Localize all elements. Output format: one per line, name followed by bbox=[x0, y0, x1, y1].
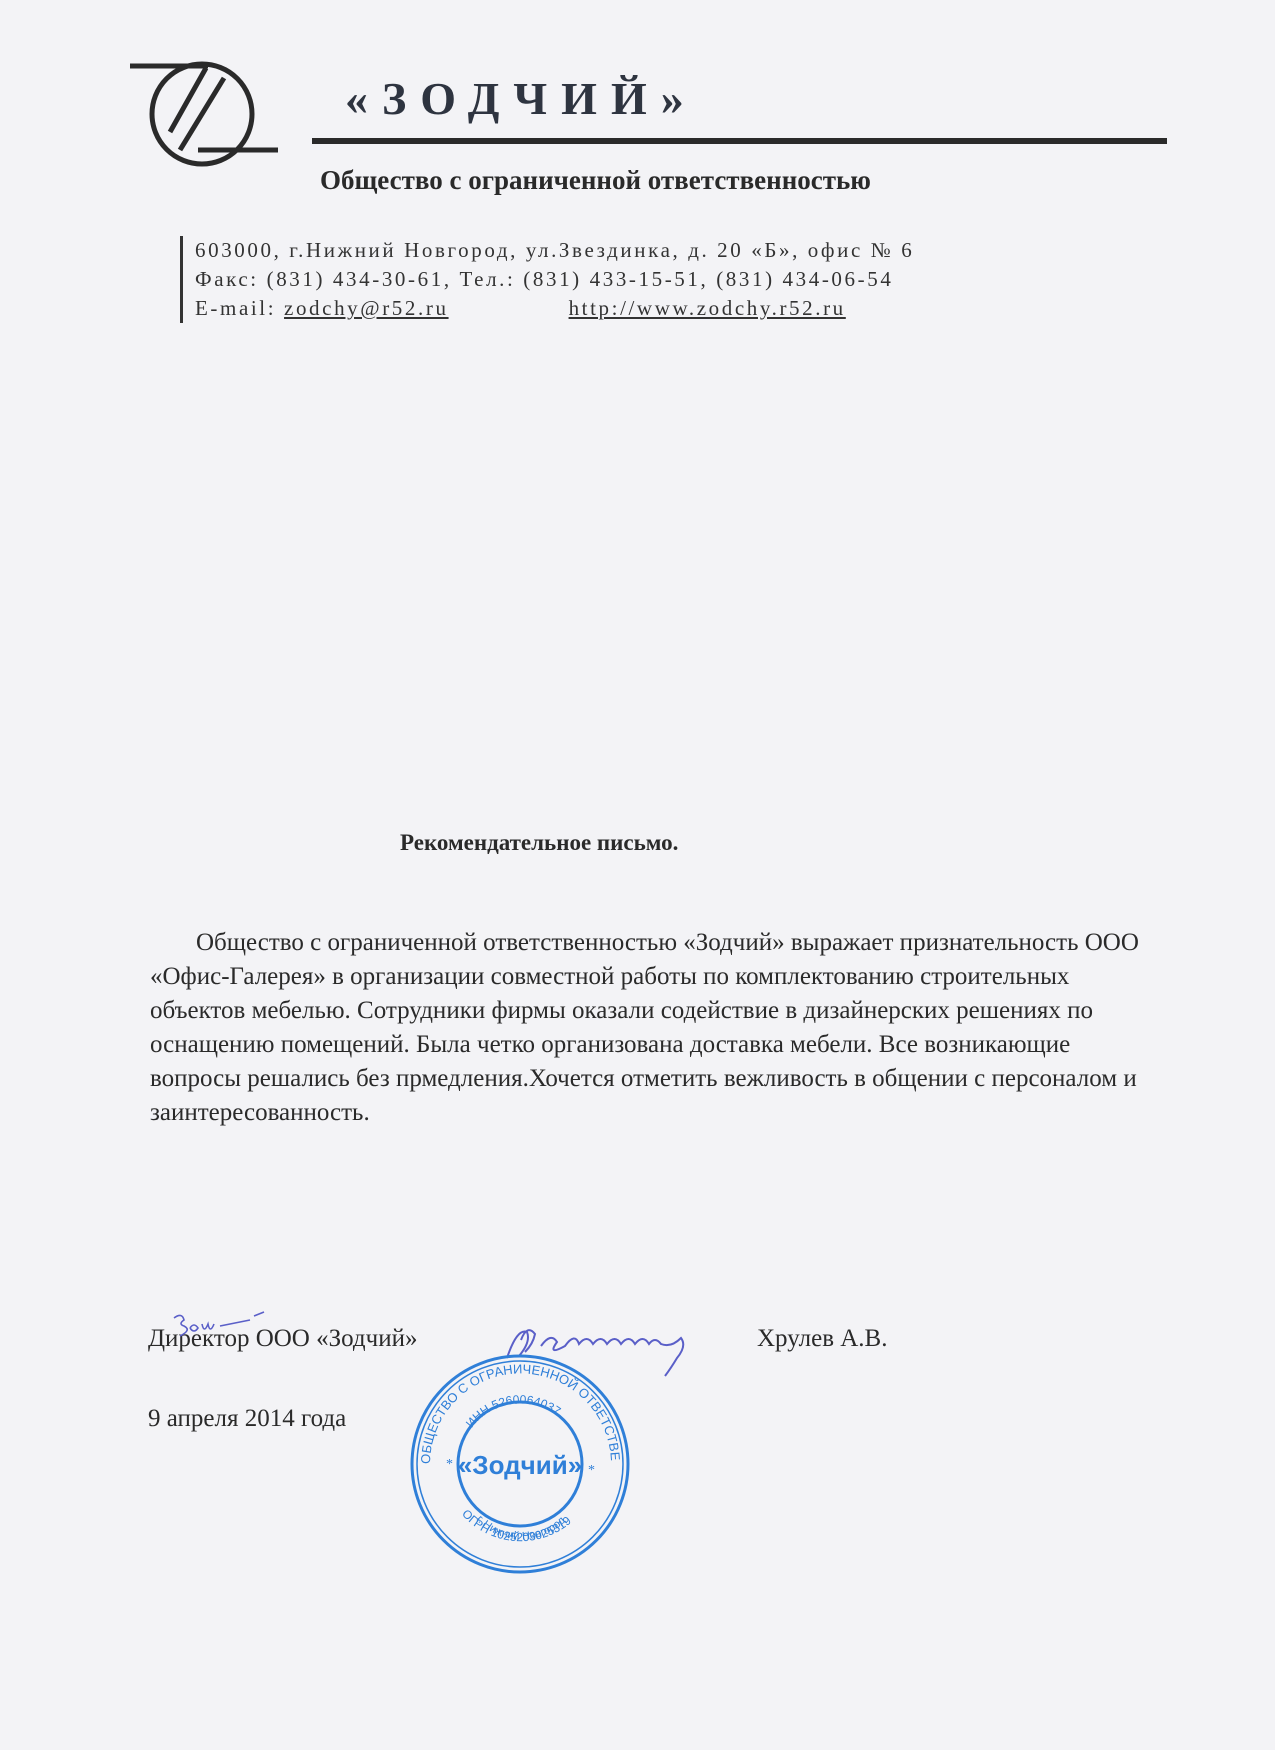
brand-divider bbox=[312, 138, 1167, 144]
signatory-name: Хрулев А.В. bbox=[757, 1325, 887, 1353]
svg-text:ИНН 5260064037: ИНН 5260064037 bbox=[463, 1392, 564, 1430]
address: 603000, г.Нижний Новгород, ул.Звездинка,… bbox=[195, 236, 914, 265]
email-web-line: E-mail: zodchy@r52.ruhttp://www.zodchy.r… bbox=[195, 294, 914, 323]
svg-text:*: * bbox=[446, 1457, 453, 1472]
company-seal-icon: ОБЩЕСТВО С ОГРАНИЧЕННОЙ ОТВЕТСТВЕННОСТЬЮ… bbox=[408, 1352, 633, 1577]
email-label: E-mail: bbox=[195, 296, 284, 320]
svg-text:*: * bbox=[588, 1463, 595, 1478]
stamp-outer-text: ОБЩЕСТВО С ОГРАНИЧЕННОЙ ОТВЕТСТВЕННОСТЬЮ bbox=[408, 1352, 623, 1464]
letter-title: Рекомендательное письмо. bbox=[400, 830, 678, 856]
stamp-center-name: «Зодчий» bbox=[458, 1450, 582, 1480]
stamp-inn: ИНН 5260064037 bbox=[463, 1392, 564, 1430]
letter-body: Общество с ограниченной ответственностью… bbox=[150, 926, 1160, 1130]
contact-block: 603000, г.Нижний Новгород, ул.Звездинка,… bbox=[180, 236, 914, 323]
letter-date: 9 апреля 2014 года bbox=[148, 1405, 346, 1433]
handwritten-initials-icon bbox=[168, 1310, 278, 1340]
email-link[interactable]: zodchy@r52.ru bbox=[284, 296, 449, 320]
company-logo-icon bbox=[130, 50, 290, 175]
website-link[interactable]: http://www.zodchy.r52.ru bbox=[569, 296, 846, 320]
svg-text:ОБЩЕСТВО С ОГРАНИЧЕННОЙ ОТВЕТС: ОБЩЕСТВО С ОГРАНИЧЕННОЙ ОТВЕТСТВЕННОСТЬЮ bbox=[408, 1352, 623, 1464]
company-type: Общество с ограниченной ответственностью bbox=[320, 165, 871, 196]
brand-name: «ЗОДЧИЙ» bbox=[345, 72, 698, 125]
phone-numbers: Факс: (831) 434-30-61, Тел.: (831) 433-1… bbox=[195, 265, 914, 294]
